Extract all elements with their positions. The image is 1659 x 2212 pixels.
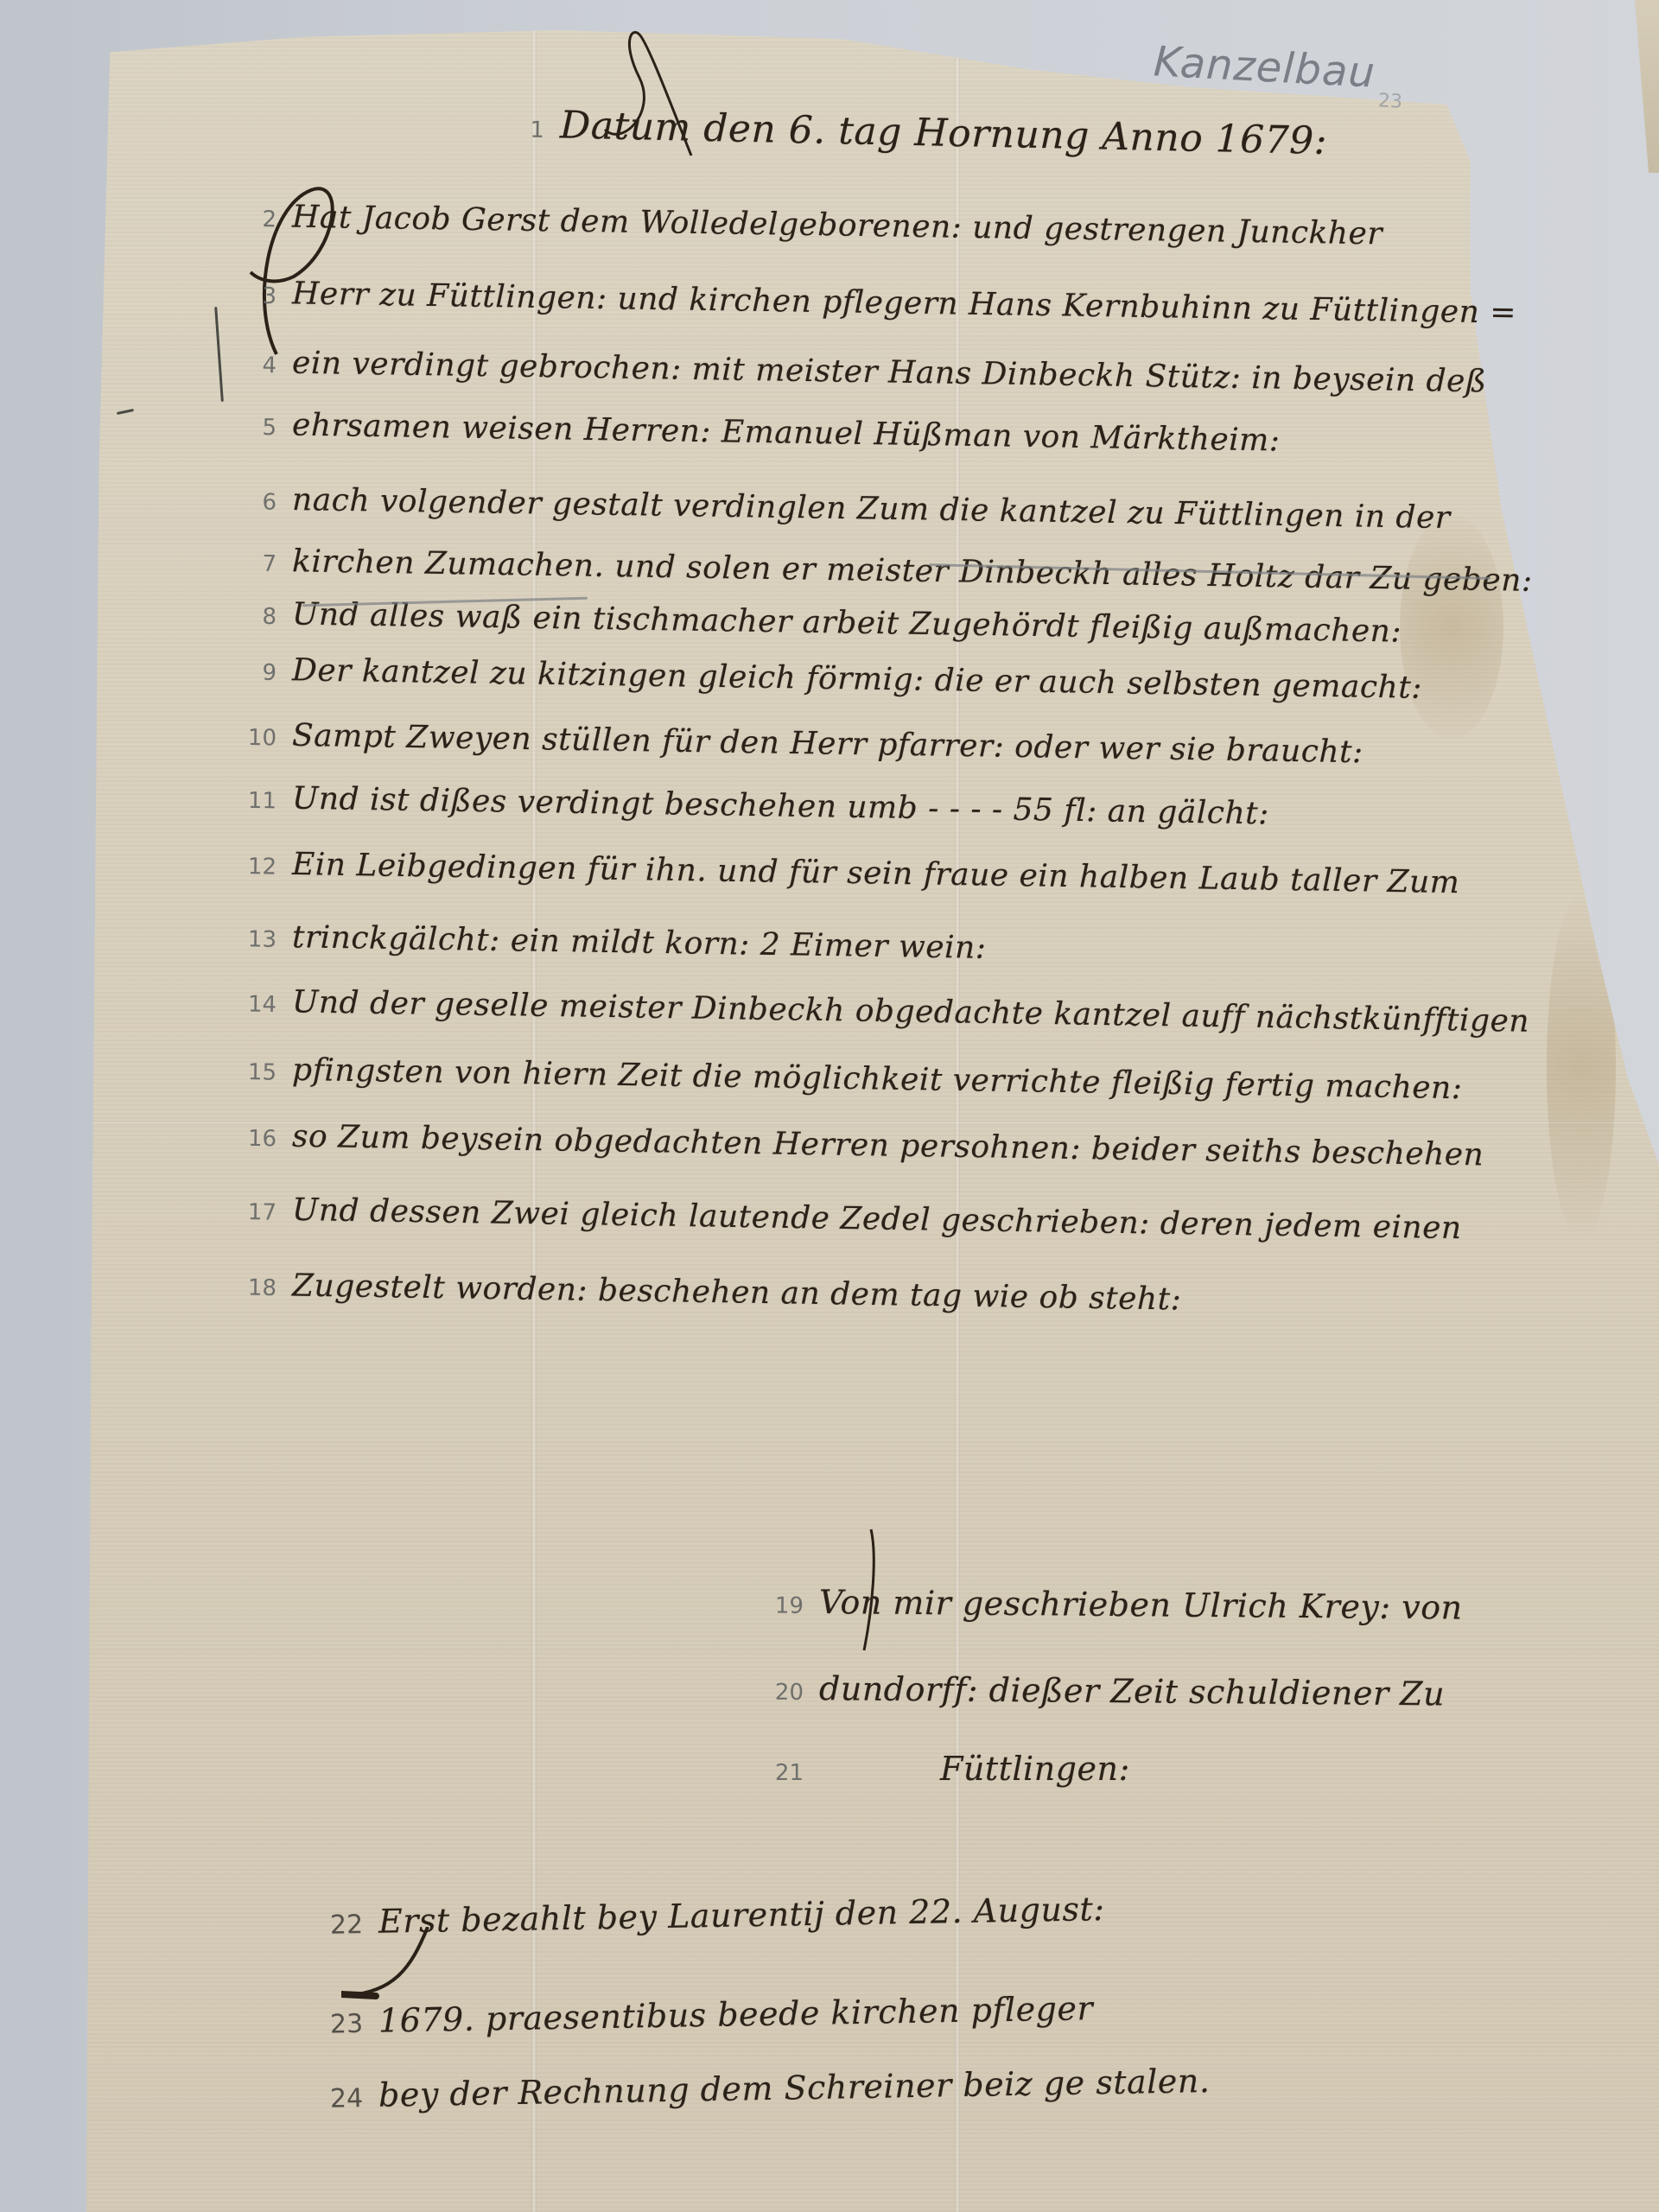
line-number: 11 [233, 788, 276, 815]
background-sheet-edge [1624, 0, 1659, 173]
signature-text: Von mir geschrieben Ulrich Krey: von [819, 1583, 1463, 1626]
line-number: 5 [233, 414, 276, 441]
line-number: 3 [233, 283, 276, 309]
line-number: 16 [233, 1126, 276, 1153]
signature-line: 19 Von mir geschrieben Ulrich Krey: von [760, 1582, 1463, 1626]
line-number: 13 [233, 926, 276, 953]
line-number: 10 [233, 725, 276, 752]
line-number: 21 [760, 1760, 804, 1786]
line-number: 8 [233, 603, 276, 630]
line-number: 14 [233, 991, 276, 1018]
line-number: 19 [760, 1592, 804, 1618]
archive-pencil-number: 23 [1377, 90, 1402, 112]
line-number: 12 [233, 854, 276, 880]
line-number: 17 [233, 1199, 276, 1226]
line-number: 20 [760, 1680, 804, 1706]
signature-text: Füttlingen: [940, 1750, 1130, 1788]
line-number: 23 [320, 2009, 364, 2040]
line-number: 24 [320, 2083, 364, 2114]
line-number: 15 [233, 1059, 276, 1086]
signature-text: dundorff: dießer Zeit schuldiener Zu [819, 1669, 1445, 1713]
line-number: 6 [233, 489, 276, 516]
line-number: 4 [233, 353, 276, 379]
signature-line: 21 Füttlingen: [760, 1750, 1130, 1788]
signature-line: 20 dundorff: dießer Zeit schuldiener Zu [760, 1669, 1445, 1713]
line-number: 18 [233, 1274, 276, 1301]
photo-scene: Kanzelbau 23 1 Datum den 6. tag Hornung … [0, 0, 1659, 2212]
line-number: 2 [233, 207, 276, 233]
line-number: 7 [233, 550, 276, 577]
line-number: 1 [501, 117, 545, 143]
age-stain [1547, 894, 1616, 1240]
line-number: 22 [320, 1910, 364, 1941]
line-number: 9 [233, 659, 276, 686]
